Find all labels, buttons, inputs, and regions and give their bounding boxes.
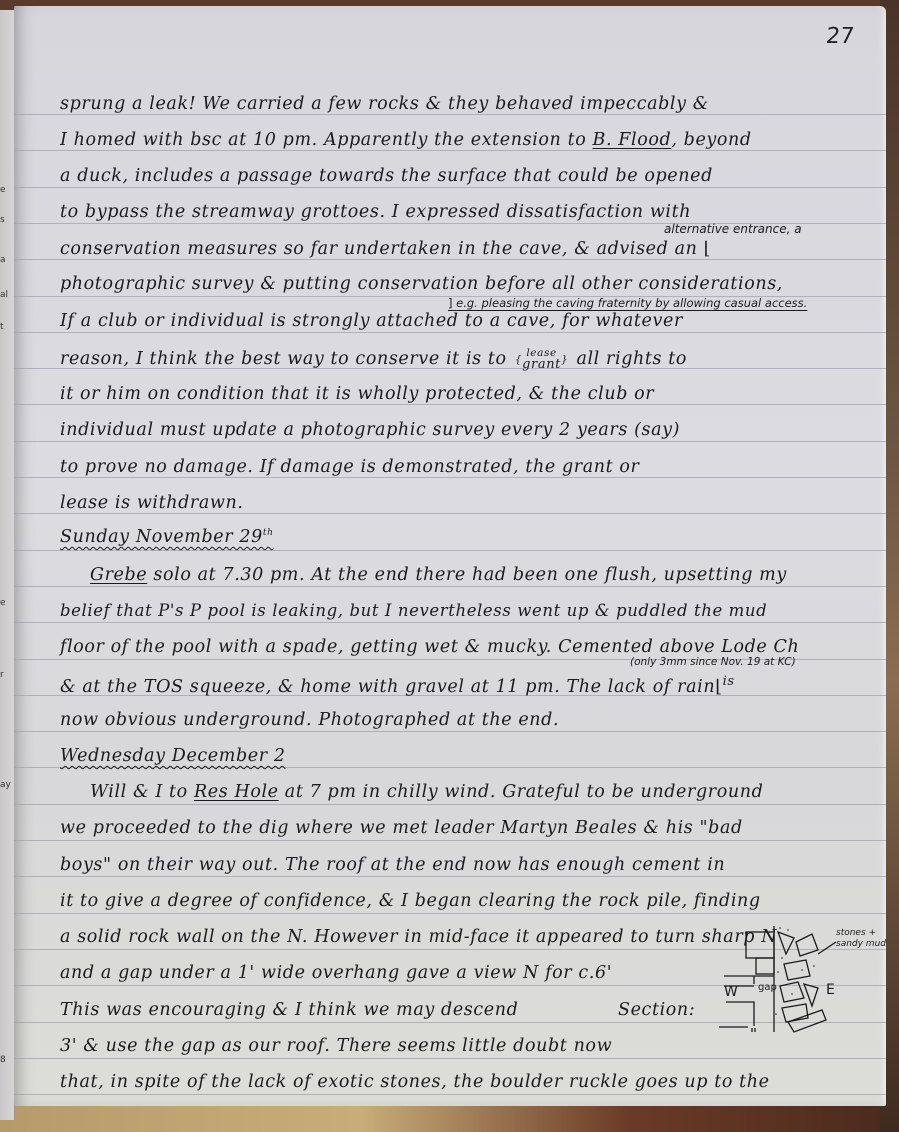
facing-page-fragment: s [0, 215, 5, 225]
ruled-line [14, 150, 886, 151]
ruled-line [14, 477, 886, 478]
heading-suffix: th [263, 528, 274, 538]
text-line: photographic survey & putting conservati… [60, 274, 783, 294]
text-line: This was encouraging & I think we may de… [60, 1000, 518, 1020]
facing-page-fragment: r [0, 670, 4, 680]
ruled-line [14, 622, 886, 623]
ruled-line [14, 332, 886, 333]
text-line: a duck, includes a passage towards the s… [60, 166, 713, 186]
ruled-line [14, 1058, 886, 1059]
text-segment: is [723, 674, 735, 689]
insertion-caret-icon: ⌊ [704, 239, 711, 259]
option-grant: grant [522, 357, 561, 372]
text-segment: conservation measures so far undertaken … [60, 239, 698, 259]
ruled-line [14, 731, 886, 732]
text-segment: solo at 7.30 pm. At the end there had be… [147, 565, 787, 585]
facing-page-fragment: 8 [0, 1055, 6, 1065]
text-line: now obvious underground. Photographed at… [60, 710, 559, 730]
text-segment: This was encouraging & I think we may de… [60, 1000, 518, 1020]
text-line: If a club or individual is strongly atta… [60, 311, 683, 331]
text-line: it to give a degree of confidence, & I b… [60, 891, 761, 911]
text-line: and a gap under a 1' wide overhang gave … [60, 963, 612, 983]
insertion-bracket-icon: ] [448, 296, 456, 310]
sketch-label-east: E [826, 982, 835, 998]
text-line: to bypass the streamway grottoes. I expr… [60, 202, 691, 222]
insertion-note: ] e.g. pleasing the caving fraternity by… [448, 296, 807, 310]
ruled-line [14, 187, 886, 188]
text-line: to prove no damage. If damage is demonst… [60, 457, 640, 477]
ruled-line [14, 441, 886, 442]
entry-heading-nov-29: Sunday November 29th [60, 527, 273, 547]
text-segment: at 7 pm in chilly wind. Grateful to be u… [279, 782, 764, 802]
text-line: Grebe solo at 7.30 pm. At the end there … [90, 565, 787, 585]
text-segment: e.g. pleasing the caving fraternity by a… [456, 296, 807, 310]
text-line: belief that P's P pool is leaking, but I… [60, 601, 767, 620]
cave-name-b-flood: B. Flood [593, 130, 672, 150]
facing-page-fragment: e [0, 598, 6, 608]
ruled-line [14, 913, 886, 914]
page-number: 27 [825, 24, 856, 49]
ruled-line [14, 840, 886, 841]
facing-page-fragment: a [0, 255, 6, 265]
text-line: reason, I think the best way to conserve… [60, 348, 687, 371]
ruled-line [14, 404, 886, 405]
lease-grant-choice: {leasegrant} [515, 348, 568, 371]
text-line: & at the TOS squeeze, & home with gravel… [60, 674, 735, 697]
text-line: a solid rock wall on the N. However in m… [60, 927, 777, 947]
text-line: that, in spite of the lack of exotic sto… [60, 1072, 770, 1092]
ruled-line [14, 114, 886, 115]
text-segment: all rights to [576, 349, 687, 369]
ruled-line [14, 1094, 886, 1095]
text-segment: Will & I to [90, 782, 194, 802]
facing-page-fragment: ay [0, 780, 11, 790]
ruled-line [14, 259, 886, 260]
ruled-line [14, 804, 886, 805]
text-line: Will & I to Res Hole at 7 pm in chilly w… [90, 782, 763, 802]
sketch-label-west: W [724, 984, 738, 1000]
section-label: Section: [618, 1000, 695, 1020]
insertion-note: alternative entrance, a [664, 222, 802, 236]
sketch-label-gap: gap [758, 982, 777, 993]
text-segment: reason, I think the best way to conserve… [60, 349, 507, 369]
text-segment: , beyond [671, 130, 751, 150]
ruled-line [14, 586, 886, 587]
text-segment: & at the TOS squeeze, & home with gravel… [60, 677, 715, 697]
facing-page-fragment: t [0, 322, 4, 332]
notebook-page: 27 sprung a leak! We carried a few rocks… [14, 6, 886, 1106]
ruled-line [14, 550, 886, 551]
text-line: boys" on their way out. The roof at the … [60, 855, 725, 875]
entry-heading-dec-2: Wednesday December 2 [60, 746, 286, 766]
ruled-line [14, 767, 886, 768]
ruled-line [14, 513, 886, 514]
text-line: 3' & use the gap as our roof. There seem… [60, 1036, 612, 1056]
text-segment: I homed with bsc at 10 pm. Apparently th… [60, 130, 593, 150]
cave-name-grebe: Grebe [90, 565, 147, 585]
cave-section-sketch: W gap E stones + sandy mud [714, 924, 894, 1034]
ruled-line [14, 876, 886, 877]
facing-page-edge: e s a al t e r ay 8 [0, 10, 15, 1120]
text-line: it or him on condition that it is wholly… [60, 384, 654, 404]
text-line: I homed with bsc at 10 pm. Apparently th… [60, 130, 752, 150]
text-line: conservation measures so far undertaken … [60, 239, 711, 259]
text-line: lease is withdrawn. [60, 493, 244, 513]
text-line: individual must update a photographic su… [60, 420, 680, 440]
facing-page-fragment: e [0, 185, 6, 195]
sketch-label-fill: stones + sandy mud [836, 928, 896, 950]
text-line: floor of the pool with a spade, getting … [60, 637, 799, 657]
facing-page-fragment: al [0, 290, 8, 300]
insertion-note: (only 3mm since Nov. 19 at KC) [630, 656, 796, 668]
heading-text: Sunday November 29 [60, 527, 263, 547]
text-line: we proceeded to the dig where we met lea… [60, 818, 743, 838]
cave-name-res-hole: Res Hole [194, 782, 279, 802]
insertion-caret-icon: ⌊ [715, 677, 722, 697]
text-line: sprung a leak! We carried a few rocks & … [60, 94, 709, 114]
